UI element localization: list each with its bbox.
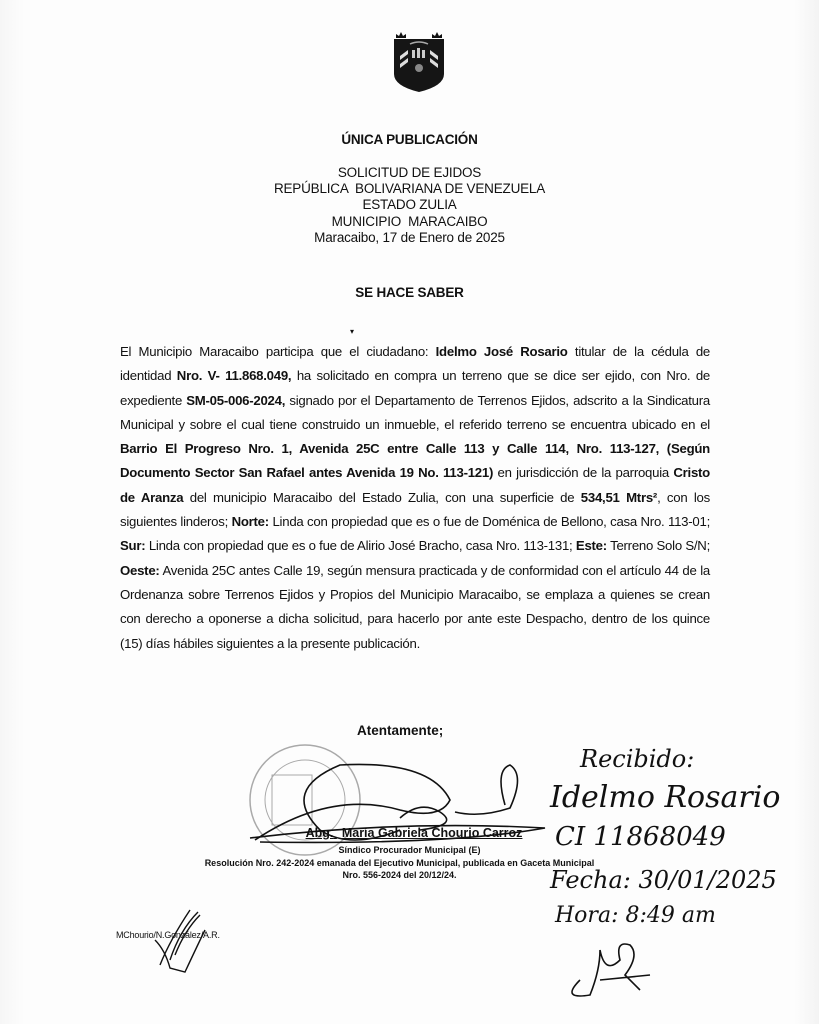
citizen-name: Idelmo José Rosario — [436, 344, 568, 359]
receipt-time: Hora: 8:49 am — [555, 903, 716, 928]
receipt-id: CI 11868049 — [555, 822, 726, 852]
header-block: SOLICITUD DE EJIDOS REPÚBLICA BOLIVARIAN… — [0, 165, 819, 246]
header-line: SOLICITUD DE EJIDOS — [0, 165, 819, 181]
header-date: Maracaibo, 17 de Enero de 2025 — [0, 230, 819, 246]
notice-body: El Municipio Maracaibo participa que el … — [120, 340, 710, 656]
initials-signature-icon — [155, 910, 205, 972]
coat-of-arms-icon — [392, 28, 446, 94]
header-line: ESTADO ZULIA — [0, 197, 819, 213]
receiver-signature-icon — [572, 944, 650, 996]
publication-type: ÚNICA PUBLICACIÓN — [0, 132, 819, 147]
header-line: MUNICIPIO MARACAIBO — [0, 214, 819, 230]
receipt-date: Fecha: 30/01/2025 — [550, 866, 777, 894]
typist-initials: MChourio/N.González/A.R. — [116, 930, 220, 940]
document-page: ÚNICA PUBLICACIÓN SOLICITUD DE EJIDOS RE… — [0, 0, 819, 1024]
area: 534,51 Mtrs² — [581, 490, 657, 505]
notice-title: SE HACE SABER — [0, 285, 819, 300]
file-number: SM-05-006-2024, — [186, 393, 285, 408]
receipt-label: Recibido: — [580, 745, 694, 773]
scan-mark: ▾ — [350, 327, 354, 336]
receipt-name: Idelmo Rosario — [550, 780, 780, 815]
header-line: REPÚBLICA BOLIVARIANA DE VENEZUELA — [0, 181, 819, 197]
id-number: Nro. V- 11.868.049, — [177, 368, 292, 383]
closing: Atentamente; — [357, 723, 443, 738]
